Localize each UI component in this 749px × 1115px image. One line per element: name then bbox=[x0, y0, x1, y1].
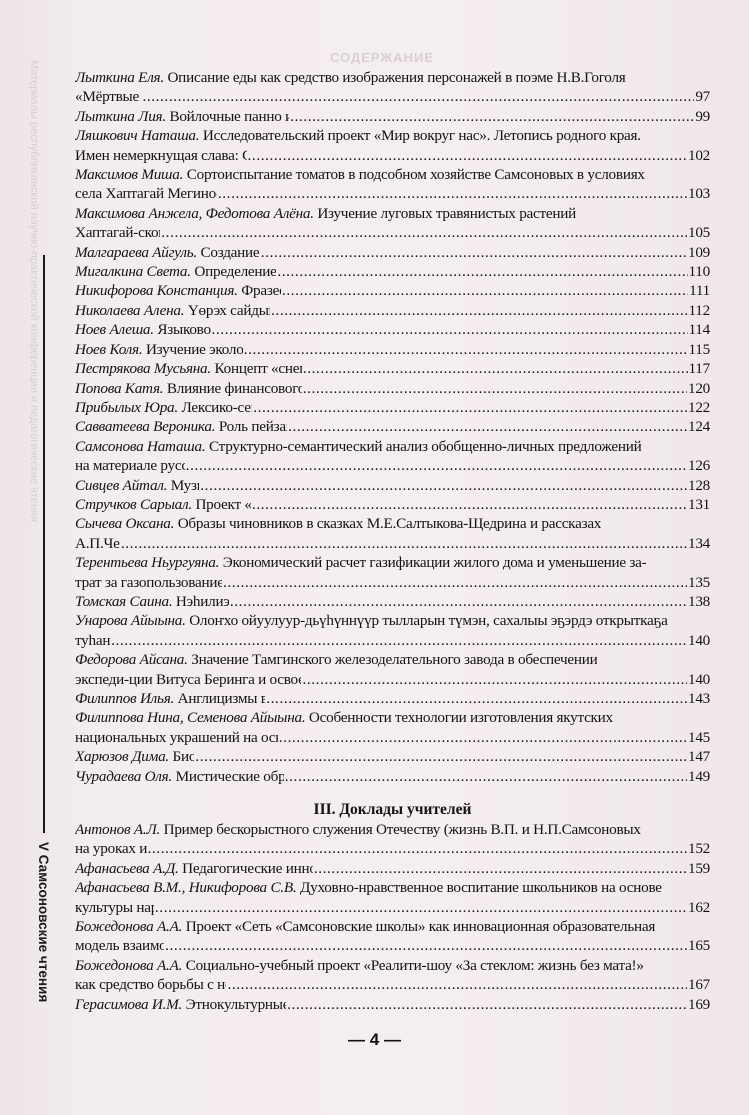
toc-entry-line: Божедонова А.А. Социально-учебный проект… bbox=[75, 956, 710, 975]
entry-title: Роль пейзажа в рассказе В.Г.Короленко «С… bbox=[219, 418, 287, 435]
entry-page-number: 145 bbox=[688, 728, 710, 747]
toc-entry[interactable]: Филиппов Илья. Англицизмы в обыденной ре… bbox=[75, 689, 710, 708]
entry-text: «Мёртвые души» bbox=[75, 87, 141, 106]
entry-text: Пестрякова Мусьяна. Концепт «снег» в рус… bbox=[75, 359, 302, 378]
toc-entry[interactable]: Антонов А.Л. Пример бескорыстного служен… bbox=[75, 820, 710, 859]
entry-page-number: 162 bbox=[688, 898, 710, 917]
entry-author: Божедонова А.А. bbox=[75, 918, 182, 935]
dot-leader bbox=[195, 747, 687, 766]
toc-entry[interactable]: Харюзов Дима. Биогаз и экономика147 bbox=[75, 747, 710, 766]
entry-title: Экономический расчет газификации жилого … bbox=[223, 554, 647, 571]
toc-entry[interactable]: Стручков Сарыал. Проект «Комнатные расте… bbox=[75, 495, 710, 514]
toc-entry-line: Филиппов Илья. Англицизмы в обыденной ре… bbox=[75, 689, 710, 708]
toc-entry-line: модель взаимодействия»165 bbox=[75, 936, 710, 955]
entry-text: экспеди-ции Витуса Беринга и освоении Се… bbox=[75, 670, 301, 689]
toc-entry-line: Ляшкович Наташа. Исследовательский проек… bbox=[75, 126, 710, 145]
bleed-through-side-text: Материалы республиканской научно-практич… bbox=[26, 60, 40, 780]
dot-leader bbox=[290, 107, 694, 126]
entry-title: Биогаз и экономика bbox=[173, 748, 195, 765]
entry-author: Лыткина Лия. bbox=[75, 108, 166, 125]
entry-author: Никифорова Констанция. bbox=[75, 282, 238, 299]
toc-entry-line: Малгараева Айгуль. Создание теста в сред… bbox=[75, 243, 710, 262]
toc-entry[interactable]: Попова Катя. Влияние финансового кризиса… bbox=[75, 379, 710, 398]
dot-leader bbox=[111, 631, 687, 650]
entry-title: Социально-учебный проект «Реалити-шоу «З… bbox=[186, 957, 644, 974]
entry-title: трат за газопользование в сельской местн… bbox=[75, 574, 222, 591]
entry-title: Үөрэх сайдыытыгар умнуллубат үтүөлээх дь… bbox=[188, 302, 270, 319]
entry-text: Лыткина Лия. Войлочные панно из конских … bbox=[75, 107, 289, 126]
toc-entry[interactable]: Пестрякова Мусьяна. Концепт «снег» в рус… bbox=[75, 359, 710, 378]
entry-title: Изучение экологического состояния школы bbox=[146, 341, 243, 358]
entry-title: модель взаимодействия» bbox=[75, 937, 164, 954]
entry-title: Этнокультурные традиции как фактор воспи… bbox=[186, 996, 286, 1013]
toc-entry-line: Томская Саина. Нэһилиэгим эмтээх үүнээйи… bbox=[75, 592, 710, 611]
toc-entry[interactable]: Никифорова Констанция. Фразеологизмы-зоо… bbox=[75, 281, 710, 300]
entry-author: Ноев Коля. bbox=[75, 341, 142, 358]
entry-author: Федорова Айсана. bbox=[75, 651, 188, 668]
entry-page-number: 131 bbox=[688, 495, 710, 514]
dot-leader bbox=[230, 592, 687, 611]
entry-author: Николаева Алена. bbox=[75, 302, 184, 319]
toc-entry-line: как средство борьбы с ненормативной лекс… bbox=[75, 975, 710, 994]
entry-page-number: 134 bbox=[688, 534, 710, 553]
dot-leader bbox=[223, 573, 687, 592]
toc-entry[interactable]: Савватеева Вероника. Роль пейзажа в расс… bbox=[75, 417, 710, 436]
section-title: III. Доклады учителей bbox=[75, 800, 710, 819]
entry-text: Стручков Сарыал. Проект «Комнатные расте… bbox=[75, 495, 251, 514]
dot-leader bbox=[200, 476, 687, 495]
dot-leader bbox=[279, 728, 687, 747]
entry-text: Мигалкина Света. Определение содержания … bbox=[75, 262, 276, 281]
entry-text: модель взаимодействия» bbox=[75, 936, 164, 955]
page-number: — 4 — bbox=[0, 1030, 749, 1050]
toc-entry-line: Афанасьева А.Д. Педагогические инновации… bbox=[75, 859, 710, 878]
toc-entry-line: культуры народа саха162 bbox=[75, 898, 710, 917]
toc-entry[interactable]: Унарова Айыына. Олоҥхо ойуулуур-дьүһүннү… bbox=[75, 611, 710, 650]
entry-text: на уроках истории) bbox=[75, 839, 147, 858]
entry-page-number: 149 bbox=[688, 767, 710, 786]
entry-page-number: 117 bbox=[689, 359, 710, 378]
entry-page-number: 102 bbox=[688, 146, 710, 165]
entry-page-number: 126 bbox=[688, 456, 710, 475]
entry-text: Терентьева Ньургуяна. Экономический расч… bbox=[75, 553, 646, 572]
entry-text: Ляшкович Наташа. Исследовательский проек… bbox=[75, 126, 641, 145]
entry-text: Божедонова А.А. Социально-учебный проект… bbox=[75, 956, 644, 975]
toc-entry-line: Попова Катя. Влияние финансового кризиса… bbox=[75, 379, 710, 398]
entry-text: трат за газопользование в сельской местн… bbox=[75, 573, 222, 592]
entry-text: Ноев Коля. Изучение экологического состо… bbox=[75, 340, 243, 359]
entry-page-number: 143 bbox=[688, 689, 710, 708]
entry-author: Савватеева Вероника. bbox=[75, 418, 215, 435]
entry-author: Сивцев Айтал. bbox=[75, 477, 167, 494]
toc-entry[interactable]: Федорова Айсана. Значение Тамгинского же… bbox=[75, 650, 710, 689]
entry-author: Стручков Сарыал. bbox=[75, 496, 192, 513]
toc-entry-line: Савватеева Вероника. Роль пейзажа в расс… bbox=[75, 417, 710, 436]
dot-leader bbox=[303, 359, 688, 378]
dot-leader bbox=[285, 767, 687, 786]
entry-text: Ноев Алеша. Языковой портрет политика bbox=[75, 320, 211, 339]
toc-entry-line: Афанасьева В.М., Никифорова С.В. Духовно… bbox=[75, 878, 710, 897]
entry-author: Максимова Анжела, Федотова Алёна. bbox=[75, 205, 314, 222]
entry-title: как средство борьбы с ненормативной лекс… bbox=[75, 976, 226, 993]
dot-leader bbox=[266, 689, 687, 708]
entry-text: на материале русских пословиц bbox=[75, 456, 185, 475]
entry-text: Божедонова А.А. Проект «Сеть «Самсоновск… bbox=[75, 917, 655, 936]
toc-entry[interactable]: Чурадаева Оля. Мистические образы в прои… bbox=[75, 767, 710, 786]
toc-entry-line: Божедонова А.А. Проект «Сеть «Самсоновск… bbox=[75, 917, 710, 936]
toc-entry[interactable]: Герасимова И.М. Этнокультурные традиции … bbox=[75, 995, 710, 1014]
entry-text: Антонов А.Л. Пример бескорыстного служен… bbox=[75, 820, 641, 839]
dot-leader bbox=[186, 456, 687, 475]
entry-author: Терентьева Ньургуяна. bbox=[75, 554, 219, 571]
entry-page-number: 169 bbox=[688, 995, 710, 1014]
toc-entry-line: «Мёртвые души»97 bbox=[75, 87, 710, 106]
entry-title: Образы чиновников в сказках М.Е.Салтыков… bbox=[178, 515, 601, 532]
entry-title: на материале русских пословиц bbox=[75, 457, 185, 474]
entry-author: Филиппов Илья. bbox=[75, 690, 174, 707]
entry-text: Сивцев Айтал. Музыка и математика bbox=[75, 476, 199, 495]
entry-author: Унарова Айыына. bbox=[75, 612, 186, 629]
entry-title: Концепт «снег» в русской и японской поэз… bbox=[215, 360, 302, 377]
entry-page-number: 165 bbox=[688, 936, 710, 955]
entry-title: Изучение луговых травянистых растений bbox=[317, 205, 576, 222]
entry-text: Лыткина Еля. Описание еды как средство и… bbox=[75, 68, 626, 87]
entry-title: Значение Тамгинского железоделательного … bbox=[191, 651, 597, 668]
entry-author: Мигалкина Света. bbox=[75, 263, 191, 280]
toc-entry[interactable]: Ноев Алеша. Языковой портрет политика114 bbox=[75, 320, 710, 339]
entry-title: села Хаптагай Мегино-Кангаласского улуса bbox=[75, 185, 217, 202]
entry-title: А.П.Чехова bbox=[75, 535, 120, 552]
entry-page-number: 159 bbox=[688, 859, 710, 878]
toc-entry[interactable]: Терентьева Ньургуяна. Экономический расч… bbox=[75, 553, 710, 592]
entry-title: Проект «Комнатные растения в школе» bbox=[195, 496, 250, 513]
dot-leader bbox=[165, 936, 687, 955]
toc-entry-line: экспеди-ции Витуса Беринга и освоении Се… bbox=[75, 670, 710, 689]
toc-entry-line: Хаптагай-ского наслега105 bbox=[75, 223, 710, 242]
entry-title: Музыка и математика bbox=[171, 477, 200, 494]
entry-author: Самсонова Наташа. bbox=[75, 438, 205, 455]
entry-page-number: 103 bbox=[688, 184, 710, 203]
dot-leader bbox=[121, 534, 687, 553]
entry-text: Унарова Айыына. Олоҥхо ойуулуур-дьүһүннү… bbox=[75, 611, 668, 630]
entry-text: культуры народа саха bbox=[75, 898, 154, 917]
entry-title: Проект «Сеть «Самсоновские школы» как ин… bbox=[186, 918, 655, 935]
table-of-contents: Лыткина Еля. Описание еды как средство и… bbox=[75, 68, 710, 1014]
entry-page-number: 109 bbox=[688, 243, 710, 262]
teacher-reports-list: Антонов А.Л. Пример бескорыстного служен… bbox=[75, 820, 710, 1014]
entry-title: Педагогические инновации в развитии твор… bbox=[182, 860, 313, 877]
toc-entry-line: Сивцев Айтал. Музыка и математика128 bbox=[75, 476, 710, 495]
toc-entry-line: Мигалкина Света. Определение содержания … bbox=[75, 262, 710, 281]
entry-title: Лексико-семантический анализ логотипов bbox=[181, 399, 252, 416]
entry-page-number: 114 bbox=[689, 320, 710, 339]
entry-text: села Хаптагай Мегино-Кангаласского улуса bbox=[75, 184, 217, 203]
toc-entry[interactable]: Сычева Оксана. Образы чиновников в сказк… bbox=[75, 514, 710, 553]
entry-title: Исследовательский проект «Мир вокруг нас… bbox=[203, 127, 641, 144]
entry-author: Харюзов Дима. bbox=[75, 748, 169, 765]
entry-text: как средство борьбы с ненормативной лекс… bbox=[75, 975, 226, 994]
toc-entry-line: Чурадаева Оля. Мистические образы в прои… bbox=[75, 767, 710, 786]
entry-author: Пестрякова Мусьяна. bbox=[75, 360, 211, 377]
entry-title: «Мёртвые души» bbox=[75, 88, 141, 105]
dot-leader bbox=[314, 859, 687, 878]
toc-entry[interactable]: Максимова Анжела, Федотова Алёна. Изучен… bbox=[75, 204, 710, 243]
entry-page-number: 140 bbox=[688, 631, 710, 650]
dot-leader bbox=[155, 898, 687, 917]
entry-title: Структурно-семантический анализ обобщенн… bbox=[209, 438, 642, 455]
entry-author: Прибылых Юра. bbox=[75, 399, 178, 416]
toc-entry[interactable]: Филиппова Нина, Семенова Айыына. Особенн… bbox=[75, 708, 710, 747]
toc-entry-line: Максимова Анжела, Федотова Алёна. Изучен… bbox=[75, 204, 710, 223]
entry-text: Имен немеркнущая слава: Соколов Василий … bbox=[75, 146, 247, 165]
dot-leader bbox=[288, 417, 687, 436]
entry-page-number: 147 bbox=[688, 747, 710, 766]
entry-title: Описание еды как средство изображения пе… bbox=[167, 69, 625, 86]
entry-title: экспеди-ции Витуса Беринга и освоении Се… bbox=[75, 671, 301, 688]
book-page: СОДЕРЖАНИЕ Материалы республиканской нау… bbox=[0, 0, 749, 1115]
dot-leader bbox=[252, 495, 687, 514]
toc-entry-line: Имен немеркнущая слава: Соколов Василий … bbox=[75, 146, 710, 165]
toc-entry-line: Харюзов Дима. Биогаз и экономика147 bbox=[75, 747, 710, 766]
toc-entry-line: Федорова Айсана. Значение Тамгинского же… bbox=[75, 650, 710, 669]
entry-title: Создание теста в среде Macromedia Flash … bbox=[201, 244, 260, 261]
toc-entry-line: Герасимова И.М. Этнокультурные традиции … bbox=[75, 995, 710, 1014]
entry-text: туһаныы bbox=[75, 631, 110, 650]
entry-title: Войлочные панно из конских волос в совре… bbox=[169, 108, 289, 125]
entry-title: Влияние финансового кризиса на благосост… bbox=[167, 380, 302, 397]
toc-entry[interactable]: Сивцев Айтал. Музыка и математика128 bbox=[75, 476, 710, 495]
entry-title: национальных украшений на основе различн… bbox=[75, 729, 278, 746]
entry-page-number: 138 bbox=[688, 592, 710, 611]
dot-leader bbox=[244, 340, 688, 359]
toc-entry[interactable]: Малгараева Айгуль. Создание теста в сред… bbox=[75, 243, 710, 262]
entry-page-number: 124 bbox=[688, 417, 710, 436]
entry-text: Филиппова Нина, Семенова Айыына. Особенн… bbox=[75, 708, 613, 727]
entry-author: Сычева Оксана. bbox=[75, 515, 174, 532]
entry-text: А.П.Чехова bbox=[75, 534, 120, 553]
entry-page-number: 105 bbox=[688, 223, 710, 242]
entry-text: Прибылых Юра. Лексико-семантический анал… bbox=[75, 398, 252, 417]
entry-page-number: 140 bbox=[688, 670, 710, 689]
entry-title: на уроках истории) bbox=[75, 840, 147, 857]
toc-entry[interactable]: Лыткина Лия. Войлочные панно из конских … bbox=[75, 107, 710, 126]
entry-text: Малгараева Айгуль. Создание теста в сред… bbox=[75, 243, 260, 262]
entry-text: Максимов Миша. Сортоиспытание томатов в … bbox=[75, 165, 645, 184]
toc-entry-line: Самсонова Наташа. Структурно-семантическ… bbox=[75, 437, 710, 456]
toc-entry-line: Сычева Оксана. Образы чиновников в сказк… bbox=[75, 514, 710, 533]
dot-leader bbox=[248, 146, 687, 165]
toc-entry-line: Николаева Алена. Үөрэх сайдыытыгар умнул… bbox=[75, 301, 710, 320]
toc-entry-line: Филиппова Нина, Семенова Айыына. Особенн… bbox=[75, 708, 710, 727]
entry-author: Лыткина Еля. bbox=[75, 69, 164, 86]
entry-text: Сычева Оксана. Образы чиновников в сказк… bbox=[75, 514, 601, 533]
toc-entry-line: Лыткина Лия. Войлочные панно из конских … bbox=[75, 107, 710, 126]
toc-entry[interactable]: Томская Саина. Нэһилиэгим эмтээх үүнээйи… bbox=[75, 592, 710, 611]
dot-leader bbox=[212, 320, 688, 339]
dot-leader bbox=[287, 995, 687, 1014]
toc-entry[interactable]: Мигалкина Света. Определение содержания … bbox=[75, 262, 710, 281]
dot-leader bbox=[161, 223, 687, 242]
toc-entry[interactable]: Лыткина Еля. Описание еды как средство и… bbox=[75, 68, 710, 107]
entry-page-number: 110 bbox=[689, 262, 710, 281]
dot-leader bbox=[282, 281, 688, 300]
entry-text: Попова Катя. Влияние финансового кризиса… bbox=[75, 379, 302, 398]
bleed-through-heading: СОДЕРЖАНИЕ bbox=[330, 50, 434, 65]
toc-entry-line: Максимов Миша. Сортоиспытание томатов в … bbox=[75, 165, 710, 184]
entry-text: Федорова Айсана. Значение Тамгинского же… bbox=[75, 650, 597, 669]
entry-page-number: 111 bbox=[689, 281, 710, 300]
entry-title: Духовно-нравственное воспитание школьник… bbox=[300, 879, 662, 896]
entry-page-number: 112 bbox=[689, 301, 710, 320]
entry-author: Афанасьева В.М., Никифорова С.В. bbox=[75, 879, 296, 896]
toc-entry-line: Ноев Алеша. Языковой портрет политика114 bbox=[75, 320, 710, 339]
entry-text: Хаптагай-ского наслега bbox=[75, 223, 160, 242]
entry-text: Томская Саина. Нэһилиэгим эмтээх үүнээйи… bbox=[75, 592, 229, 611]
entry-title: Мистические образы в произведениях поэто… bbox=[176, 768, 284, 785]
entry-author: Герасимова И.М. bbox=[75, 996, 182, 1013]
entry-page-number: 128 bbox=[688, 476, 710, 495]
toc-entry-line: села Хаптагай Мегино-Кангаласского улуса… bbox=[75, 184, 710, 203]
entry-page-number: 99 bbox=[695, 107, 710, 126]
entry-text: Харюзов Дима. Биогаз и экономика bbox=[75, 747, 194, 766]
toc-entry[interactable]: Ляшкович Наташа. Исследовательский проек… bbox=[75, 126, 710, 165]
entry-page-number: 115 bbox=[689, 340, 710, 359]
entry-text: Николаева Алена. Үөрэх сайдыытыгар умнул… bbox=[75, 301, 270, 320]
toc-entry[interactable]: Николаева Алена. Үөрэх сайдыытыгар умнул… bbox=[75, 301, 710, 320]
entry-page-number: 152 bbox=[688, 839, 710, 858]
toc-entry[interactable]: Максимов Миша. Сортоиспытание томатов в … bbox=[75, 165, 710, 204]
entry-author: Чурадаева Оля. bbox=[75, 768, 172, 785]
toc-entry-line: Лыткина Еля. Описание еды как средство и… bbox=[75, 68, 710, 87]
toc-entry-line: Никифорова Констанция. Фразеологизмы-зоо… bbox=[75, 281, 710, 300]
entry-author: Афанасьева А.Д. bbox=[75, 860, 179, 877]
entry-author: Попова Катя. bbox=[75, 380, 163, 397]
dot-leader bbox=[271, 301, 688, 320]
entry-text: Никифорова Констанция. Фразеологизмы-зоо… bbox=[75, 281, 281, 300]
entry-title: Англицизмы в обыденной речи жителей с.Та… bbox=[178, 690, 266, 707]
toc-entry-line: Терентьева Ньургуяна. Экономический расч… bbox=[75, 553, 710, 572]
entry-title: Нэһилиэгим эмтээх үүнээйилэрэ bbox=[176, 593, 229, 610]
entry-author: Ляшкович Наташа. bbox=[75, 127, 199, 144]
entry-author: Малгараева Айгуль. bbox=[75, 244, 197, 261]
sidebar-running-title: V Самсоновские чтения bbox=[36, 842, 51, 1002]
toc-entry-line: Стручков Сарыал. Проект «Комнатные расте… bbox=[75, 495, 710, 514]
dot-leader bbox=[142, 87, 694, 106]
entry-title: Языковой портрет политика bbox=[157, 321, 210, 338]
entry-author: Филиппова Нина, Семенова Айыына. bbox=[75, 709, 305, 726]
toc-entry[interactable]: Прибылых Юра. Лексико-семантический анал… bbox=[75, 398, 710, 417]
toc-entry-line: туһаныы140 bbox=[75, 631, 710, 650]
toc-entry-line: на уроках истории)152 bbox=[75, 839, 710, 858]
dot-leader bbox=[253, 398, 687, 417]
entry-title: культуры народа саха bbox=[75, 899, 154, 916]
entry-author: Антонов А.Л. bbox=[75, 821, 160, 838]
entry-title: Определение содержания йода в продуктах … bbox=[194, 263, 276, 280]
entry-text: Максимова Анжела, Федотова Алёна. Изучен… bbox=[75, 204, 576, 223]
toc-entry-line: Ноев Коля. Изучение экологического состо… bbox=[75, 340, 710, 359]
toc-entry-line: Унарова Айыына. Олоҥхо ойуулуур-дьүһүннү… bbox=[75, 611, 710, 630]
entry-text: Афанасьева В.М., Никифорова С.В. Духовно… bbox=[75, 878, 662, 897]
entry-page-number: 122 bbox=[688, 398, 710, 417]
toc-entry-line: национальных украшений на основе различн… bbox=[75, 728, 710, 747]
dot-leader bbox=[227, 975, 687, 994]
sidebar-rule bbox=[43, 255, 45, 833]
entry-title: Имен немеркнущая слава: Соколов Василий … bbox=[75, 147, 247, 164]
entry-text: Афанасьева А.Д. Педагогические инновации… bbox=[75, 859, 313, 878]
entry-text: Чурадаева Оля. Мистические образы в прои… bbox=[75, 767, 284, 786]
toc-entry[interactable]: Ноев Коля. Изучение экологического состо… bbox=[75, 340, 710, 359]
dot-leader bbox=[218, 184, 687, 203]
entry-text: Герасимова И.М. Этнокультурные традиции … bbox=[75, 995, 286, 1014]
entry-title: Олоҥхо ойуулуур-дьүһүннүүр тылларын түмэ… bbox=[189, 612, 667, 629]
entry-page-number: 167 bbox=[688, 975, 710, 994]
toc-entry[interactable]: Самсонова Наташа. Структурно-семантическ… bbox=[75, 437, 710, 476]
entry-author: Божедонова А.А. bbox=[75, 957, 182, 974]
dot-leader bbox=[302, 670, 686, 689]
entry-title: Сортоиспытание томатов в подсобном хозяй… bbox=[187, 166, 645, 183]
entry-page-number: 135 bbox=[688, 573, 710, 592]
entry-author: Максимов Миша. bbox=[75, 166, 183, 183]
toc-entry[interactable]: Афанасьева А.Д. Педагогические инновации… bbox=[75, 859, 710, 878]
toc-entry[interactable]: Божедонова А.А. Социально-учебный проект… bbox=[75, 956, 710, 995]
entry-author: Томская Саина. bbox=[75, 593, 172, 610]
toc-entry[interactable]: Божедонова А.А. Проект «Сеть «Самсоновск… bbox=[75, 917, 710, 956]
dot-leader bbox=[261, 243, 687, 262]
student-reports-list: Лыткина Еля. Описание еды как средство и… bbox=[75, 68, 710, 786]
entry-title: Особенности технологии изготовления якут… bbox=[309, 709, 613, 726]
entry-text: национальных украшений на основе различн… bbox=[75, 728, 278, 747]
toc-entry[interactable]: Афанасьева В.М., Никифорова С.В. Духовно… bbox=[75, 878, 710, 917]
toc-entry-line: трат за газопользование в сельской местн… bbox=[75, 573, 710, 592]
toc-entry-line: Пестрякова Мусьяна. Концепт «снег» в рус… bbox=[75, 359, 710, 378]
entry-text: Самсонова Наташа. Структурно-семантическ… bbox=[75, 437, 642, 456]
dot-leader bbox=[277, 262, 687, 281]
entry-title: Фразеологизмы-зооморфизмы в русском язык… bbox=[241, 282, 281, 299]
toc-entry-line: Антонов А.Л. Пример бескорыстного служен… bbox=[75, 820, 710, 839]
toc-entry-line: А.П.Чехова134 bbox=[75, 534, 710, 553]
entry-title: туһаныы bbox=[75, 632, 110, 649]
dot-leader bbox=[303, 379, 687, 398]
entry-text: Филиппов Илья. Англицизмы в обыденной ре… bbox=[75, 689, 265, 708]
entry-page-number: 97 bbox=[695, 87, 710, 106]
entry-author: Ноев Алеша. bbox=[75, 321, 154, 338]
entry-page-number: 120 bbox=[688, 379, 710, 398]
toc-entry-line: Прибылых Юра. Лексико-семантический анал… bbox=[75, 398, 710, 417]
entry-text: Савватеева Вероника. Роль пейзажа в расс… bbox=[75, 417, 287, 436]
entry-title: Хаптагай-ского наслега bbox=[75, 224, 160, 241]
toc-entry-line: на материале русских пословиц126 bbox=[75, 456, 710, 475]
entry-title: Пример бескорыстного служения Отечеству … bbox=[164, 821, 641, 838]
dot-leader bbox=[148, 839, 687, 858]
